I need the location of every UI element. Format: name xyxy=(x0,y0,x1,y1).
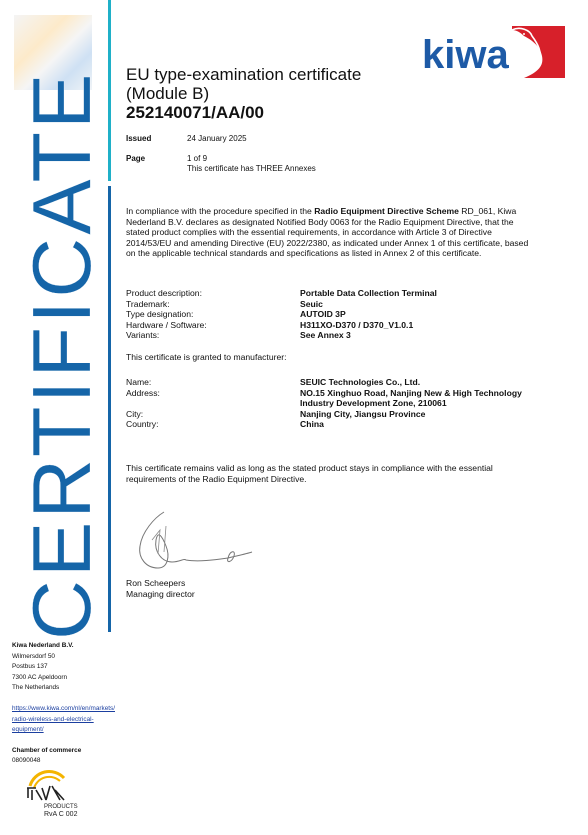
certificate-title: EU type-examination certificate (Module … xyxy=(126,65,361,122)
product-label: Type designation: xyxy=(126,309,296,320)
issuer-address-block: Kiwa Nederland B.V. Wilmersdorf 50 Postb… xyxy=(12,641,122,767)
product-value: Portable Data Collection Terminal xyxy=(300,288,570,299)
signatory-name: Ron Scheepers xyxy=(126,578,195,589)
product-value: AUTOID 3P xyxy=(300,309,570,320)
product-label: Hardware / Software: xyxy=(126,320,296,331)
svg-text:PRODUCTS: PRODUCTS xyxy=(44,804,78,810)
issued-label: Issued xyxy=(126,134,151,143)
address-line-1: NO.15 Xinghuo Road, Nanjing New & High T… xyxy=(300,388,522,398)
address-line: Wilmersdorf 50 xyxy=(12,652,122,663)
signature-image xyxy=(128,510,258,572)
chamber-of-commerce-label: Chamber of commerce xyxy=(12,747,81,754)
signatory-role: Managing director xyxy=(126,589,195,600)
chamber-of-commerce-number: 08090048 xyxy=(12,756,122,767)
page-info: 1 of 9 This certificate has THREE Annexe… xyxy=(187,154,316,174)
certificate-number: 252140071/AA/00 xyxy=(126,103,361,122)
page-label: Page xyxy=(126,154,145,163)
address-line-2: Industry Development Zone, 210061 xyxy=(300,398,447,408)
divider-line-blue xyxy=(108,186,111,632)
title-line-1: EU type-examination certificate xyxy=(126,65,361,84)
divider-line-teal xyxy=(108,0,111,181)
kiwa-logo: kiwa xyxy=(420,22,565,78)
manufacturer-city: Nanjing City, Jiangsu Province xyxy=(300,409,570,420)
scheme-name: Radio Equipment Directive Scheme xyxy=(314,206,459,216)
manufacturer-name: SEUIC Technologies Co., Ltd. xyxy=(300,377,570,388)
address-line: Postbus 137 xyxy=(12,662,122,673)
vertical-certificate-word: CERTIFICATE xyxy=(20,71,103,640)
issuer-company: Kiwa Nederland B.V. xyxy=(12,642,74,649)
product-value: H311XO-D370 / D370_V1.0.1 xyxy=(300,320,570,331)
product-label: Trademark: xyxy=(126,299,296,310)
city-label: City: xyxy=(126,409,296,420)
address-line: 7300 AC Apeldoorn xyxy=(12,673,122,684)
issued-date: 24 January 2025 xyxy=(187,134,247,144)
product-value: Seuic xyxy=(300,299,570,310)
title-line-2: (Module B) xyxy=(126,84,361,103)
annex-note: This certificate has THREE Annexes xyxy=(187,164,316,174)
address-line: The Netherlands xyxy=(12,683,122,694)
signatory-block: Ron Scheepers Managing director xyxy=(126,578,195,599)
link-line[interactable]: equipment/ xyxy=(12,726,44,733)
product-label: Product description: xyxy=(126,288,296,299)
link-line[interactable]: https://www.kiwa.com/nl/en/markets/ xyxy=(12,705,115,712)
manufacturer-address: NO.15 Xinghuo Road, Nanjing New & High T… xyxy=(300,388,570,409)
product-value: See Annex 3 xyxy=(300,330,570,341)
validity-statement: This certificate remains valid as long a… xyxy=(126,463,531,484)
country-label: Country: xyxy=(126,419,296,430)
name-label: Name: xyxy=(126,377,296,388)
manufacturer-country: China xyxy=(300,419,570,430)
compliance-statement: In compliance with the procedure specifi… xyxy=(126,206,531,259)
granted-statement: This certificate is granted to manufactu… xyxy=(126,352,287,363)
link-line[interactable]: radio-wireless-and-electrical- xyxy=(12,716,94,723)
svg-text:RvA C 002: RvA C 002 xyxy=(44,811,78,818)
page-number: 1 of 9 xyxy=(187,154,316,164)
rva-accreditation-logo: PRODUCTS RvA C 002 xyxy=(24,768,84,818)
kiwa-website-link[interactable]: https://www.kiwa.com/nl/en/markets/ radi… xyxy=(12,705,115,733)
product-label: Variants: xyxy=(126,330,296,341)
intro-text-1: In compliance with the procedure specifi… xyxy=(126,206,314,216)
svg-text:kiwa: kiwa xyxy=(422,33,509,77)
address-label: Address: xyxy=(126,388,296,399)
